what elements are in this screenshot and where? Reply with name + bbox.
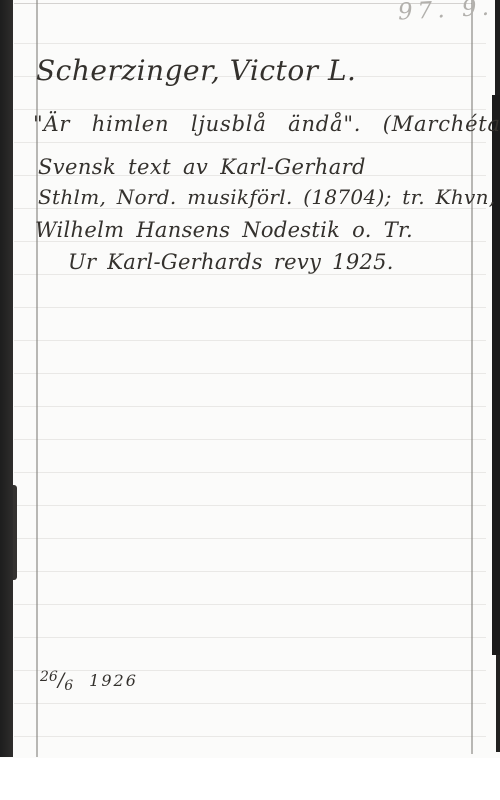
card-printer-line: Wilhelm Hansens Nodestik o. Tr. — [35, 219, 413, 242]
scanner-edge-right-top — [495, 0, 500, 95]
card-heading-author: Scherzinger, Victor L. — [36, 56, 356, 87]
scanner-edge-right-middle — [492, 95, 500, 655]
card-title-line: "Är himlen ljusblå ändå". (Marchéta) — [33, 113, 500, 136]
scanner-edge-left — [0, 0, 13, 757]
scan-background-margin — [0, 758, 500, 800]
catalog-card-scan: 97. 9. Scherzinger, Victor L. "Är himlen… — [0, 0, 500, 758]
card-imprint-line: Sthlm, Nord. musikförl. (18704); tr. Khv… — [38, 186, 495, 208]
scanner-edge-left-notch — [13, 485, 17, 580]
date-note: 26/61926 — [40, 670, 138, 691]
date-month: 6 — [64, 678, 73, 694]
card-credit-line: Svensk text av Karl-Gerhard — [38, 156, 366, 179]
date-year: 1926 — [89, 671, 138, 690]
scanner-edge-right-bottom — [496, 655, 500, 752]
date-day: 26 — [40, 669, 58, 685]
card-source-line: Ur Karl-Gerhards revy 1925. — [68, 251, 394, 274]
